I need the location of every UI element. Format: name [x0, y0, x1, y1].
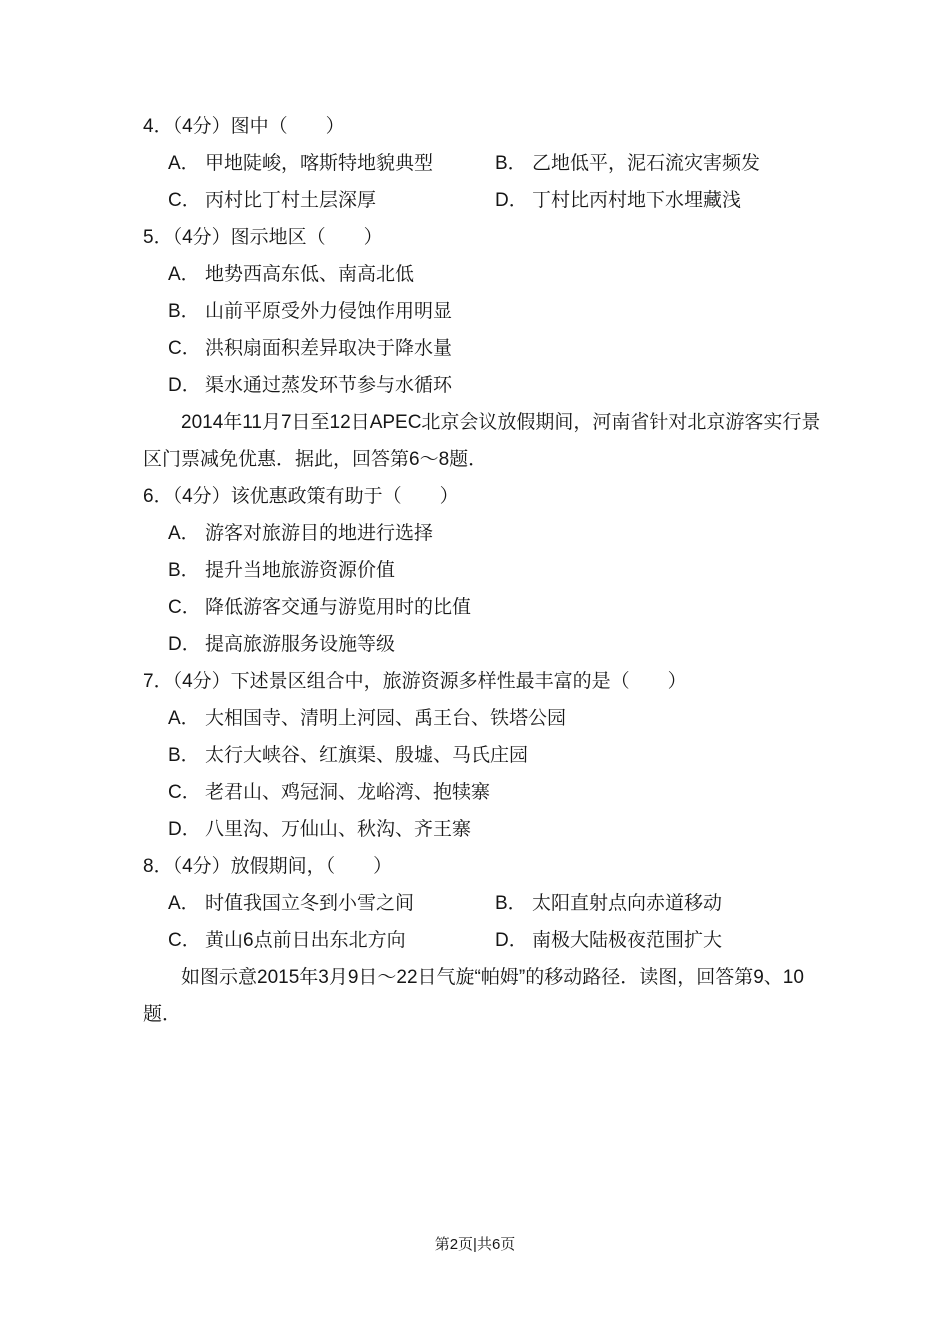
option-text: 南极大陆极夜范围扩大 — [532, 930, 722, 951]
question-8-options-row-1: A．时值我国立冬到小雪之间 B．太阳直射点向赤道移动 — [168, 885, 829, 922]
option-text: 时值我国立冬到小雪之间 — [205, 893, 414, 914]
question-8-option-b: B．太阳直射点向赤道移动 — [495, 885, 722, 922]
option-text: 乙地低平，泥石流灾害频发 — [532, 153, 760, 174]
option-text: 渠水通过蒸发环节参与水循环 — [205, 375, 452, 396]
question-6-option-c: C．降低游客交通与游览用时的比值 — [168, 589, 829, 626]
question-5-option-c: C．洪积扇面积差异取决于降水量 — [168, 330, 829, 367]
option-letter: A． — [168, 700, 205, 737]
option-letter: C． — [168, 774, 205, 811]
question-7-option-a: A．大相国寺、清明上河园、禹王台、铁塔公园 — [168, 700, 829, 737]
question-5-option-a: A．地势西高东低、南高北低 — [168, 256, 829, 293]
passage-apec: 2014年11月7日至12日APEC北京会议放假期间，河南省针对北京游客实行景区… — [143, 404, 829, 478]
option-text: 老君山、鸡冠洞、龙峪湾、抱犊寨 — [205, 782, 490, 803]
option-letter: C． — [168, 330, 205, 367]
option-text: 黄山6点前日出东北方向 — [205, 930, 406, 951]
question-6-option-d: D．提高旅游服务设施等级 — [168, 626, 829, 663]
question-7-heading: 7．（4分）下述景区组合中，旅游资源多样性最丰富的是（ ） — [143, 663, 829, 700]
question-5: 5．（4分）图示地区（ ） A．地势西高东低、南高北低 B．山前平原受外力侵蚀作… — [143, 219, 829, 404]
question-5-option-d: D．渠水通过蒸发环节参与水循环 — [168, 367, 829, 404]
page-footer: 第2页|共6页 — [0, 1233, 950, 1257]
option-letter: B． — [168, 552, 205, 589]
question-8-heading: 8．（4分）放假期间，（ ） — [143, 848, 829, 885]
option-letter: A． — [168, 515, 205, 552]
question-8: 8．（4分）放假期间，（ ） A．时值我国立冬到小雪之间 B．太阳直射点向赤道移… — [143, 848, 829, 959]
option-text: 地势西高东低、南高北低 — [205, 264, 414, 285]
option-letter: C． — [168, 922, 205, 959]
option-letter: B． — [168, 737, 205, 774]
option-letter: C． — [168, 589, 205, 626]
option-letter: B． — [168, 293, 205, 330]
option-letter: A． — [168, 145, 205, 182]
question-6-option-b: B．提升当地旅游资源价值 — [168, 552, 829, 589]
option-letter: A． — [168, 885, 205, 922]
question-5-heading: 5．（4分）图示地区（ ） — [143, 219, 829, 256]
option-letter: A． — [168, 256, 205, 293]
option-text: 提高旅游服务设施等级 — [205, 634, 395, 655]
question-6-option-a: A．游客对旅游目的地进行选择 — [168, 515, 829, 552]
option-letter: B． — [495, 885, 532, 922]
question-4-option-c: C．丙村比丁村土层深厚 — [168, 182, 495, 219]
question-8-option-c: C．黄山6点前日出东北方向 — [168, 922, 495, 959]
option-text: 甲地陡峻，喀斯特地貌典型 — [205, 153, 433, 174]
question-4-option-d: D．丁村比丙村地下水埋藏浅 — [495, 182, 741, 219]
question-8-option-a: A．时值我国立冬到小雪之间 — [168, 885, 495, 922]
option-text: 大相国寺、清明上河园、禹王台、铁塔公园 — [205, 708, 566, 729]
option-text: 降低游客交通与游览用时的比值 — [205, 597, 471, 618]
question-7-option-b: B．太行大峡谷、红旗渠、殷墟、马氏庄园 — [168, 737, 829, 774]
option-text: 游客对旅游目的地进行选择 — [205, 523, 433, 544]
question-4-heading: 4．（4分）图中（ ） — [143, 108, 829, 145]
passage-cyclone: 如图示意2015年3月9日～22日气旋“帕姆”的移动路径．读图，回答第9、10题… — [143, 959, 829, 1033]
question-7-option-c: C．老君山、鸡冠洞、龙峪湾、抱犊寨 — [168, 774, 829, 811]
option-letter: D． — [168, 626, 205, 663]
option-letter: D． — [495, 922, 532, 959]
option-letter: D． — [495, 182, 532, 219]
option-letter: C． — [168, 182, 205, 219]
question-6-heading: 6．（4分）该优惠政策有助于（ ） — [143, 478, 829, 515]
option-text: 提升当地旅游资源价值 — [205, 560, 395, 581]
question-8-option-d: D．南极大陆极夜范围扩大 — [495, 922, 722, 959]
option-letter: B． — [495, 145, 532, 182]
option-text: 太行大峡谷、红旗渠、殷墟、马氏庄园 — [205, 745, 528, 766]
option-text: 洪积扇面积差异取决于降水量 — [205, 338, 452, 359]
question-4: 4．（4分）图中（ ） A．甲地陡峻，喀斯特地貌典型 B．乙地低平，泥石流灾害频… — [143, 108, 829, 219]
option-text: 山前平原受外力侵蚀作用明显 — [205, 301, 452, 322]
option-text: 丁村比丙村地下水埋藏浅 — [532, 190, 741, 211]
option-text: 丙村比丁村土层深厚 — [205, 190, 376, 211]
exam-question-list: 4．（4分）图中（ ） A．甲地陡峻，喀斯特地貌典型 B．乙地低平，泥石流灾害频… — [143, 108, 829, 1033]
option-text: 八里沟、万仙山、秋沟、齐王寨 — [205, 819, 471, 840]
option-text: 太阳直射点向赤道移动 — [532, 893, 722, 914]
question-7: 7．（4分）下述景区组合中，旅游资源多样性最丰富的是（ ） A．大相国寺、清明上… — [143, 663, 829, 848]
option-letter: D． — [168, 367, 205, 404]
option-letter: D． — [168, 811, 205, 848]
question-4-options-row-2: C．丙村比丁村土层深厚 D．丁村比丙村地下水埋藏浅 — [168, 182, 829, 219]
question-4-options-row-1: A．甲地陡峻，喀斯特地貌典型 B．乙地低平，泥石流灾害频发 — [168, 145, 829, 182]
question-6: 6．（4分）该优惠政策有助于（ ） A．游客对旅游目的地进行选择 B．提升当地旅… — [143, 478, 829, 663]
question-5-option-b: B．山前平原受外力侵蚀作用明显 — [168, 293, 829, 330]
question-7-option-d: D．八里沟、万仙山、秋沟、齐王寨 — [168, 811, 829, 848]
question-4-option-a: A．甲地陡峻，喀斯特地貌典型 — [168, 145, 495, 182]
question-4-option-b: B．乙地低平，泥石流灾害频发 — [495, 145, 760, 182]
question-8-options-row-2: C．黄山6点前日出东北方向 D．南极大陆极夜范围扩大 — [168, 922, 829, 959]
